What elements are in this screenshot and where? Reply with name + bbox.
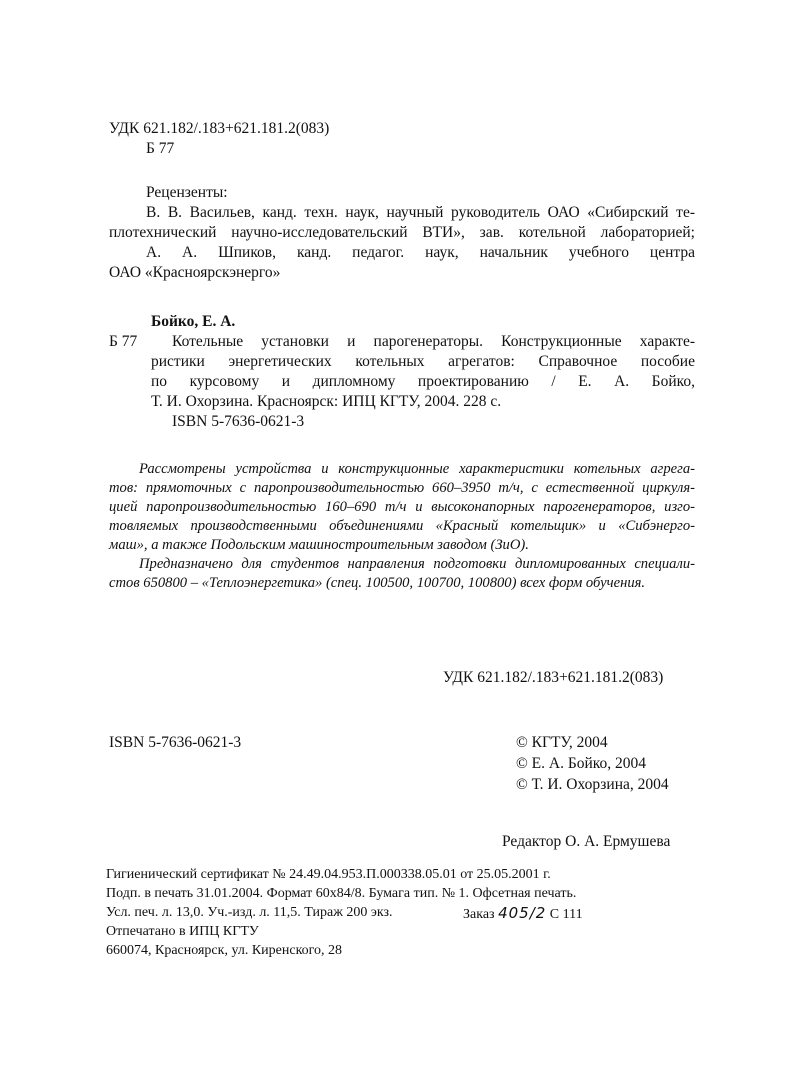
udk-top: УДК 621.182/.183+621.181.2(083) xyxy=(109,119,329,139)
reviewer-line: плотехнический научно-исследовательский … xyxy=(109,223,695,243)
bib-line: по курсовому и дипломному проектированию… xyxy=(151,372,695,392)
order-info: Заказ 405/2 С 111 xyxy=(463,904,583,924)
bib-isbn: ISBN 5-7636-0621-3 xyxy=(172,412,304,432)
imprint-line: Усл. печ. л. 13,0. Уч.-изд. л. 11,5. Тир… xyxy=(106,904,393,922)
annotation-line: маш», а также Подольским машиностроитель… xyxy=(109,536,529,556)
bib-line: Котельные установки и парогенераторы. Ко… xyxy=(172,332,695,352)
annotation-line: Предназначено для студентов направления … xyxy=(139,555,695,575)
isbn-bottom: ISBN 5-7636-0621-3 xyxy=(109,733,241,753)
order-code: С 111 xyxy=(550,907,583,922)
bib-mark: Б 77 xyxy=(109,332,137,352)
annotation-line: товляемых производственными объединениям… xyxy=(109,517,695,537)
author-mark-top: Б 77 xyxy=(146,139,174,159)
udk-bottom: УДК 621.182/.183+621.181.2(083) xyxy=(443,668,663,688)
annotation-line: цией паропроизводительностью 160–690 т/ч… xyxy=(109,498,695,518)
bib-author: Бойко, Е. А. xyxy=(151,312,235,332)
annotation-line: тов: прямоточных с паропроизводительност… xyxy=(109,479,695,499)
reviewers-heading: Рецензенты: xyxy=(146,183,228,203)
copyright-line: © Е. А. Бойко, 2004 xyxy=(516,754,646,774)
bib-line: Т. И. Охорзина. Красноярск: ИПЦ КГТУ, 20… xyxy=(151,392,501,412)
copyright-line: © КГТУ, 2004 xyxy=(516,733,608,753)
editor: Редактор О. А. Ермушева xyxy=(502,832,670,852)
imprint-line: Гигиенический сертификат № 24.49.04.953.… xyxy=(106,866,551,884)
copyright-line: © Т. И. Охорзина, 2004 xyxy=(516,775,669,795)
bib-line: ристики энергетических котельных агрегат… xyxy=(151,352,695,372)
imprint-line: Подп. в печать 31.01.2004. Формат 60x84/… xyxy=(106,885,576,903)
reviewer-line: В. В. Васильев, канд. техн. наук, научны… xyxy=(146,203,695,223)
order-label: Заказ xyxy=(463,907,495,922)
annotation-line: стов 650800 – «Теплоэнергетика» (спец. 1… xyxy=(109,574,645,594)
imprint-line: 660074, Красноярск, ул. Киренского, 28 xyxy=(106,942,342,960)
order-number-handwritten: 405/2 xyxy=(498,904,546,922)
imprint-line: Отпечатано в ИПЦ КГТУ xyxy=(106,923,259,941)
reviewer-line: ОАО «Красноярскэнерго» xyxy=(109,263,280,283)
annotation-line: Рассмотрены устройства и конструкционные… xyxy=(139,460,695,480)
reviewer-line: А. А. Шпиков, канд. педагог. наук, начал… xyxy=(146,243,695,263)
